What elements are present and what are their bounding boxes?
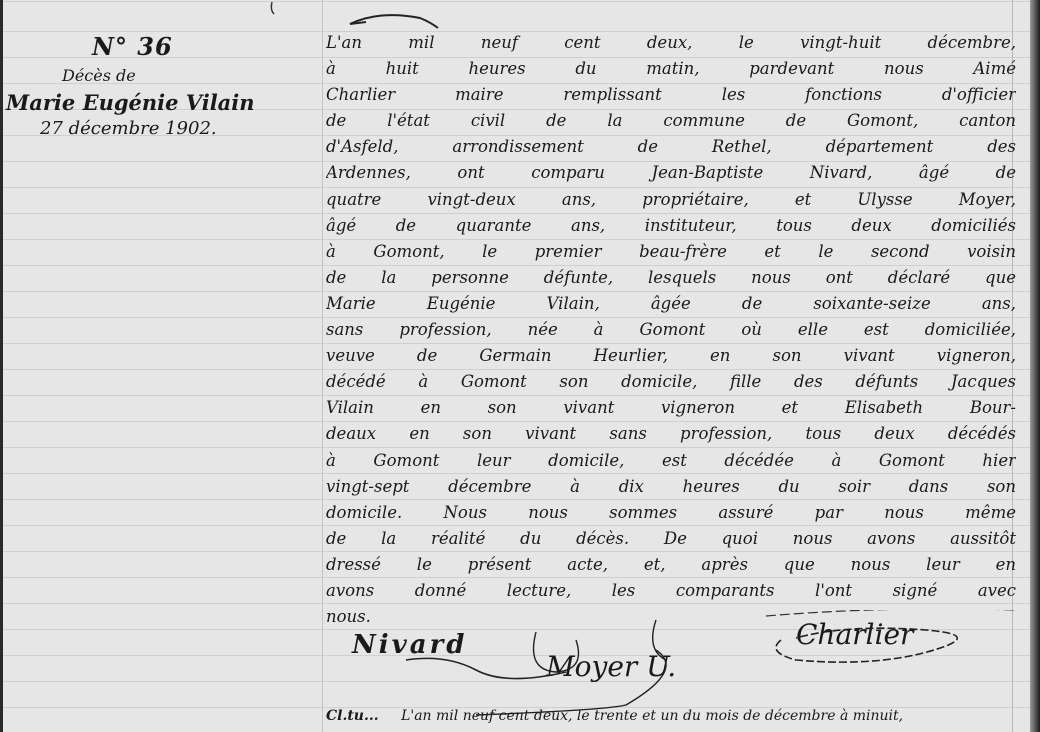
top-flourish-mark — [270, 0, 470, 30]
act-line: de l'état civil de la commune de Gomont,… — [326, 108, 1016, 134]
act-line: à huit heures du matin, pardevant nous A… — [326, 56, 1016, 82]
signature-charlier: Charlier — [796, 618, 913, 651]
act-line: d'Asfeld, arrondissement de Rethel, dépa… — [326, 134, 1016, 160]
next-entry-margin: Cl.tu... — [326, 708, 379, 724]
act-line: sans profession, née à Gomont où elle es… — [326, 317, 1016, 343]
register-page: N° 36 Décès de Marie Eugénie Vilain 27 d… — [0, 0, 1040, 732]
act-line: L'an mil neuf cent deux, le vingt-huit d… — [326, 30, 1016, 56]
deceased-name: Marie Eugénie Vilain — [6, 90, 255, 115]
act-line: Charlier maire remplissant les fonctions… — [326, 82, 1016, 108]
act-line: âgé de quarante ans, instituteur, tous d… — [326, 213, 1016, 239]
act-line: décédé à Gomont son domicile, fille des … — [326, 369, 1016, 395]
act-line: Marie Eugénie Vilain, âgée de soixante-s… — [326, 291, 1016, 317]
act-line: dressé le présent acte, et, après que no… — [326, 552, 1016, 578]
signature-nivard: Nivard — [352, 630, 467, 660]
act-line: à Gomont, le premier beau-frère et le se… — [326, 239, 1016, 265]
act-line: deaux en son vivant sans profession, tou… — [326, 421, 1016, 447]
page-binding-edge — [1030, 0, 1040, 732]
act-line: à Gomont leur domicile, est décédée à Go… — [326, 448, 1016, 474]
act-line: domicile. Nous nous sommes assuré par no… — [326, 500, 1016, 526]
death-date: 27 décembre 1902. — [40, 118, 217, 139]
next-entry-start: Cl.tu... L'an mil neuf cent deux, le tre… — [326, 708, 1016, 724]
act-line: Vilain en son vivant vigneron et Elisabe… — [326, 395, 1016, 421]
act-line: veuve de Germain Heurlier, en son vivant… — [326, 343, 1016, 369]
act-line: de la réalité du décès. De quoi nous avo… — [326, 526, 1016, 552]
signature-moyer: Moyer U. — [546, 650, 676, 683]
act-line: de la personne défunte, lesquels nous on… — [326, 265, 1016, 291]
entry-number: N° 36 — [92, 32, 173, 61]
act-line: Ardennes, ont comparu Jean-Baptiste Niva… — [326, 160, 1016, 186]
act-line: vingt-sept décembre à dix heures du soir… — [326, 474, 1016, 500]
page-left-edge — [0, 0, 3, 732]
act-body: L'an mil neuf cent deux, le vingt-huit d… — [326, 30, 1016, 630]
act-line: avons donné lecture, les comparants l'on… — [326, 578, 1016, 604]
signatures-area: Nivard Moyer U. Charlier — [326, 610, 1016, 700]
act-line: quatre vingt-deux ans, propriétaire, et … — [326, 187, 1016, 213]
entry-heading: Décès de — [62, 66, 136, 85]
next-entry-text: L'an mil neuf cent deux, le trente et un… — [401, 708, 903, 724]
margin-rule — [322, 0, 323, 732]
